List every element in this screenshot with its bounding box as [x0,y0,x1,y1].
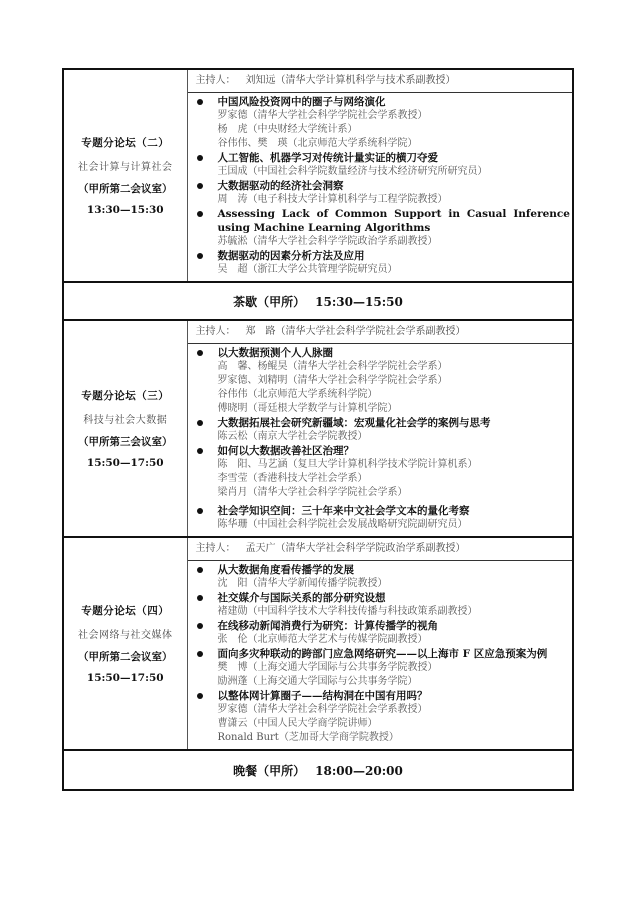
talk-list: 从大数据角度看传播学的发展 沈 阳（清华大学新闻传播学院教授） 社交媒介与国际关… [187,561,573,751]
talk-speaker: 陈华珊（中国社会科学院社会发展战略研究院副研究员） [218,518,573,532]
talk-speaker: 李雪莹（香港科技大学社会学系） [218,472,573,486]
session-subtitle: 社会计算与计算社会 [64,158,187,173]
moderator-name: 孟天广（清华大学社会科学学院政治学系副教授） [246,543,466,554]
moderator-cell: 主持人：孟天广（清华大学社会科学学院政治学系副教授） [187,537,573,561]
talk-title: 在线移动新闻消费行为研究：计算传播学的视角 [218,619,573,633]
talk-speaker: 罗家德（清华大学社会科学学院社会学系教授） [218,703,573,717]
bullet-icon [197,448,203,454]
talk-speaker: 吴 超（浙江大学公共管理学院研究员） [218,263,573,277]
dinner-time: 18:00—20:00 [315,764,403,778]
dinner: 晚餐（甲所）18:00—20:00 [63,750,573,790]
talk-item: 社会学知识空间：三十年来中文社会学文本的量化考察 陈华珊（中国社会科学院社会发展… [188,504,573,532]
bullet-icon [197,567,203,573]
bullet-icon [197,508,203,514]
talk-item: 大数据驱动的经济社会洞察 周 涛（电子科技大学计算机科学与工程学院教授） [188,179,573,207]
talk-item: 面向多灾种联动的跨部门应急网络研究——以上海市 F 区应急预案为例 樊 博（上海… [188,647,573,689]
session-row: 专题分论坛（四） 社会网络与社交媒体 （甲所第二会议室） 15:50—17:50… [63,537,573,561]
talk-speaker: 谷伟伟（北京师范大学系统科学院） [218,388,573,402]
moderator-cell: 主持人：刘知远（清华大学计算机科学与技术系副教授） [187,69,573,93]
talk-title: 社会学知识空间：三十年来中文社会学文本的量化考察 [218,504,573,518]
talk-item: Assessing Lack of Common Support in Casu… [188,207,573,249]
session-subtitle: 社会网络与社交媒体 [64,626,187,641]
tea-break: 茶歇（甲所）15:30—15:50 [63,282,573,320]
session-title: 专题分论坛（二） [64,135,187,150]
bullet-icon [197,155,203,161]
talk-item: 人工智能、机器学习对传统计量实证的横刀夺爱 王国成（中国社会科学院数量经济与技术… [188,151,573,179]
talk-title: 数据驱动的因素分析方法及应用 [218,249,573,263]
talk-title: 社交媒介与国际关系的部分研究设想 [218,591,573,605]
session-time: 13:30—15:30 [64,204,187,216]
talk-title: 大数据拓展社会研究新疆域：宏观量化社会学的案例与思考 [218,416,573,430]
talk-title: 如何以大数据改善社区治理？ [218,444,573,458]
tea-break-label: 茶歇（甲所） [233,295,305,309]
talk-speaker: 梁肖月（清华大学社会科学学院社会学系） [218,486,573,500]
talk-speaker: Ronald Burt（芝加哥大学商学院教授） [218,731,573,745]
talk-title: 以整体网计算圈子——结构洞在中国有用吗？ [218,689,573,703]
talk-speaker: 沈 阳（清华大学新闻传播学院教授） [218,577,573,591]
talk-item: 大数据拓展社会研究新疆域：宏观量化社会学的案例与思考 陈云松（南京大学社会学院教… [188,416,573,444]
moderator-name: 郑 路（清华大学社会科学学院社会学系副教授） [246,326,466,337]
dinner-label: 晚餐（甲所） [233,764,305,778]
session-time: 15:50—17:50 [64,457,187,469]
schedule-page: 专题分论坛（二） 社会计算与计算社会 （甲所第二会议室） 13:30—15:30… [62,68,572,791]
session-row: 专题分论坛（三） 科技与社会大数据 （甲所第三会议室） 15:50—17:50 … [63,320,573,344]
talk-title: 以大数据预测个人人脉圈 [218,346,573,360]
talk-speaker: 罗家德（清华大学社会科学学院社会学系教授） [218,109,573,123]
talk-item: 以整体网计算圈子——结构洞在中国有用吗？ 罗家德（清华大学社会科学学院社会学系教… [188,689,573,745]
bullet-icon [197,183,203,189]
talk-speaker: 杨 虎（中央财经大学统计系） [218,123,573,137]
talk-title: 中国风险投资网中的圈子与网络演化 [218,95,573,109]
dinner-row: 晚餐（甲所）18:00—20:00 [63,750,573,790]
moderator-label: 主持人： [196,326,236,337]
talk-item: 从大数据角度看传播学的发展 沈 阳（清华大学新闻传播学院教授） [188,563,573,591]
talk-item: 以大数据预测个人人脉圈 高 馨、杨鲲昊（清华大学社会科学学院社会学系） 罗家德、… [188,346,573,416]
session-info: 专题分论坛（二） 社会计算与计算社会 （甲所第二会议室） 13:30—15:30 [63,69,187,282]
session-time: 15:50—17:50 [64,672,187,684]
bullet-icon [197,420,203,426]
talk-title: Assessing Lack of Common Support in Casu… [218,207,573,235]
talk-item: 数据驱动的因素分析方法及应用 吴 超（浙江大学公共管理学院研究员） [188,249,573,277]
talk-speaker: 傅晓明（哥廷根大学数学与计算机学院） [218,402,573,416]
bullet-icon [197,253,203,259]
talk-list: 中国风险投资网中的圈子与网络演化 罗家德（清华大学社会科学学院社会学系教授） 杨… [187,93,573,283]
session-info: 专题分论坛（四） 社会网络与社交媒体 （甲所第二会议室） 15:50—17:50 [63,537,187,750]
bullet-icon [197,99,203,105]
talk-title: 从大数据角度看传播学的发展 [218,563,573,577]
moderator-name: 刘知远（清华大学计算机科学与技术系副教授） [246,75,456,86]
talk-speaker: 张 伦（北京师范大学艺术与传媒学院副教授） [218,633,573,647]
bullet-icon [197,623,203,629]
bullet-icon [197,595,203,601]
talk-item: 社交媒介与国际关系的部分研究设想 褚建勋（中国科学技术大学科技传播与科技政策系副… [188,591,573,619]
talk-speaker: 陈云松（南京大学社会学院教授） [218,430,573,444]
talk-speaker: 罗家德、刘精明（清华大学社会科学学院社会学系） [218,374,573,388]
talk-item: 如何以大数据改善社区治理？ 陈 阳、马艺涵（复旦大学计算机科学技术学院计算机系）… [188,444,573,500]
bullet-icon [197,350,203,356]
tea-break-row: 茶歇（甲所）15:30—15:50 [63,282,573,320]
talk-item: 在线移动新闻消费行为研究：计算传播学的视角 张 伦（北京师范大学艺术与传媒学院副… [188,619,573,647]
talk-speaker: 高 馨、杨鲲昊（清华大学社会科学学院社会学系） [218,360,573,374]
talk-speaker: 周 涛（电子科技大学计算机科学与工程学院教授） [218,193,573,207]
talk-title: 大数据驱动的经济社会洞察 [218,179,573,193]
session-info: 专题分论坛（三） 科技与社会大数据 （甲所第三会议室） 15:50—17:50 [63,320,187,537]
moderator-cell: 主持人：郑 路（清华大学社会科学学院社会学系副教授） [187,320,573,344]
session-title: 专题分论坛（三） [64,388,187,403]
schedule-table: 专题分论坛（二） 社会计算与计算社会 （甲所第二会议室） 13:30—15:30… [62,68,574,791]
session-room: （甲所第三会议室） [64,434,187,449]
session-room: （甲所第二会议室） [64,181,187,196]
session-room: （甲所第二会议室） [64,649,187,664]
talk-title: 面向多灾种联动的跨部门应急网络研究——以上海市 F 区应急预案为例 [218,647,573,661]
talk-title: 人工智能、机器学习对传统计量实证的横刀夺爱 [218,151,573,165]
session-row: 专题分论坛（二） 社会计算与计算社会 （甲所第二会议室） 13:30—15:30… [63,69,573,93]
bullet-icon [197,651,203,657]
talk-speaker: 曹潇云（中国人民大学商学院讲师） [218,717,573,731]
tea-break-time: 15:30—15:50 [315,295,403,309]
talk-list: 以大数据预测个人人脉圈 高 馨、杨鲲昊（清华大学社会科学学院社会学系） 罗家德、… [187,344,573,538]
talk-speaker: 励洲蓬（上海交通大学国际与公共事务学院） [218,675,573,689]
bullet-icon [197,211,203,217]
talk-speaker: 樊 博（上海交通大学国际与公共事务学院教授） [218,661,573,675]
talk-item: 中国风险投资网中的圈子与网络演化 罗家德（清华大学社会科学学院社会学系教授） 杨… [188,95,573,151]
bullet-icon [197,693,203,699]
moderator-label: 主持人： [196,543,236,554]
session-title: 专题分论坛（四） [64,603,187,618]
talk-speaker: 苏毓淞（清华大学社会科学学院政治学系副教授） [218,235,573,249]
talk-speaker: 谷伟伟、樊 瑛（北京师范大学系统科学院） [218,137,573,151]
moderator-label: 主持人： [196,75,236,86]
talk-speaker: 褚建勋（中国科学技术大学科技传播与科技政策系副教授） [218,605,573,619]
talk-speaker: 王国成（中国社会科学院数量经济与技术经济研究所研究员） [218,165,573,179]
session-subtitle: 科技与社会大数据 [64,411,187,426]
talk-speaker: 陈 阳、马艺涵（复旦大学计算机科学技术学院计算机系） [218,458,573,472]
